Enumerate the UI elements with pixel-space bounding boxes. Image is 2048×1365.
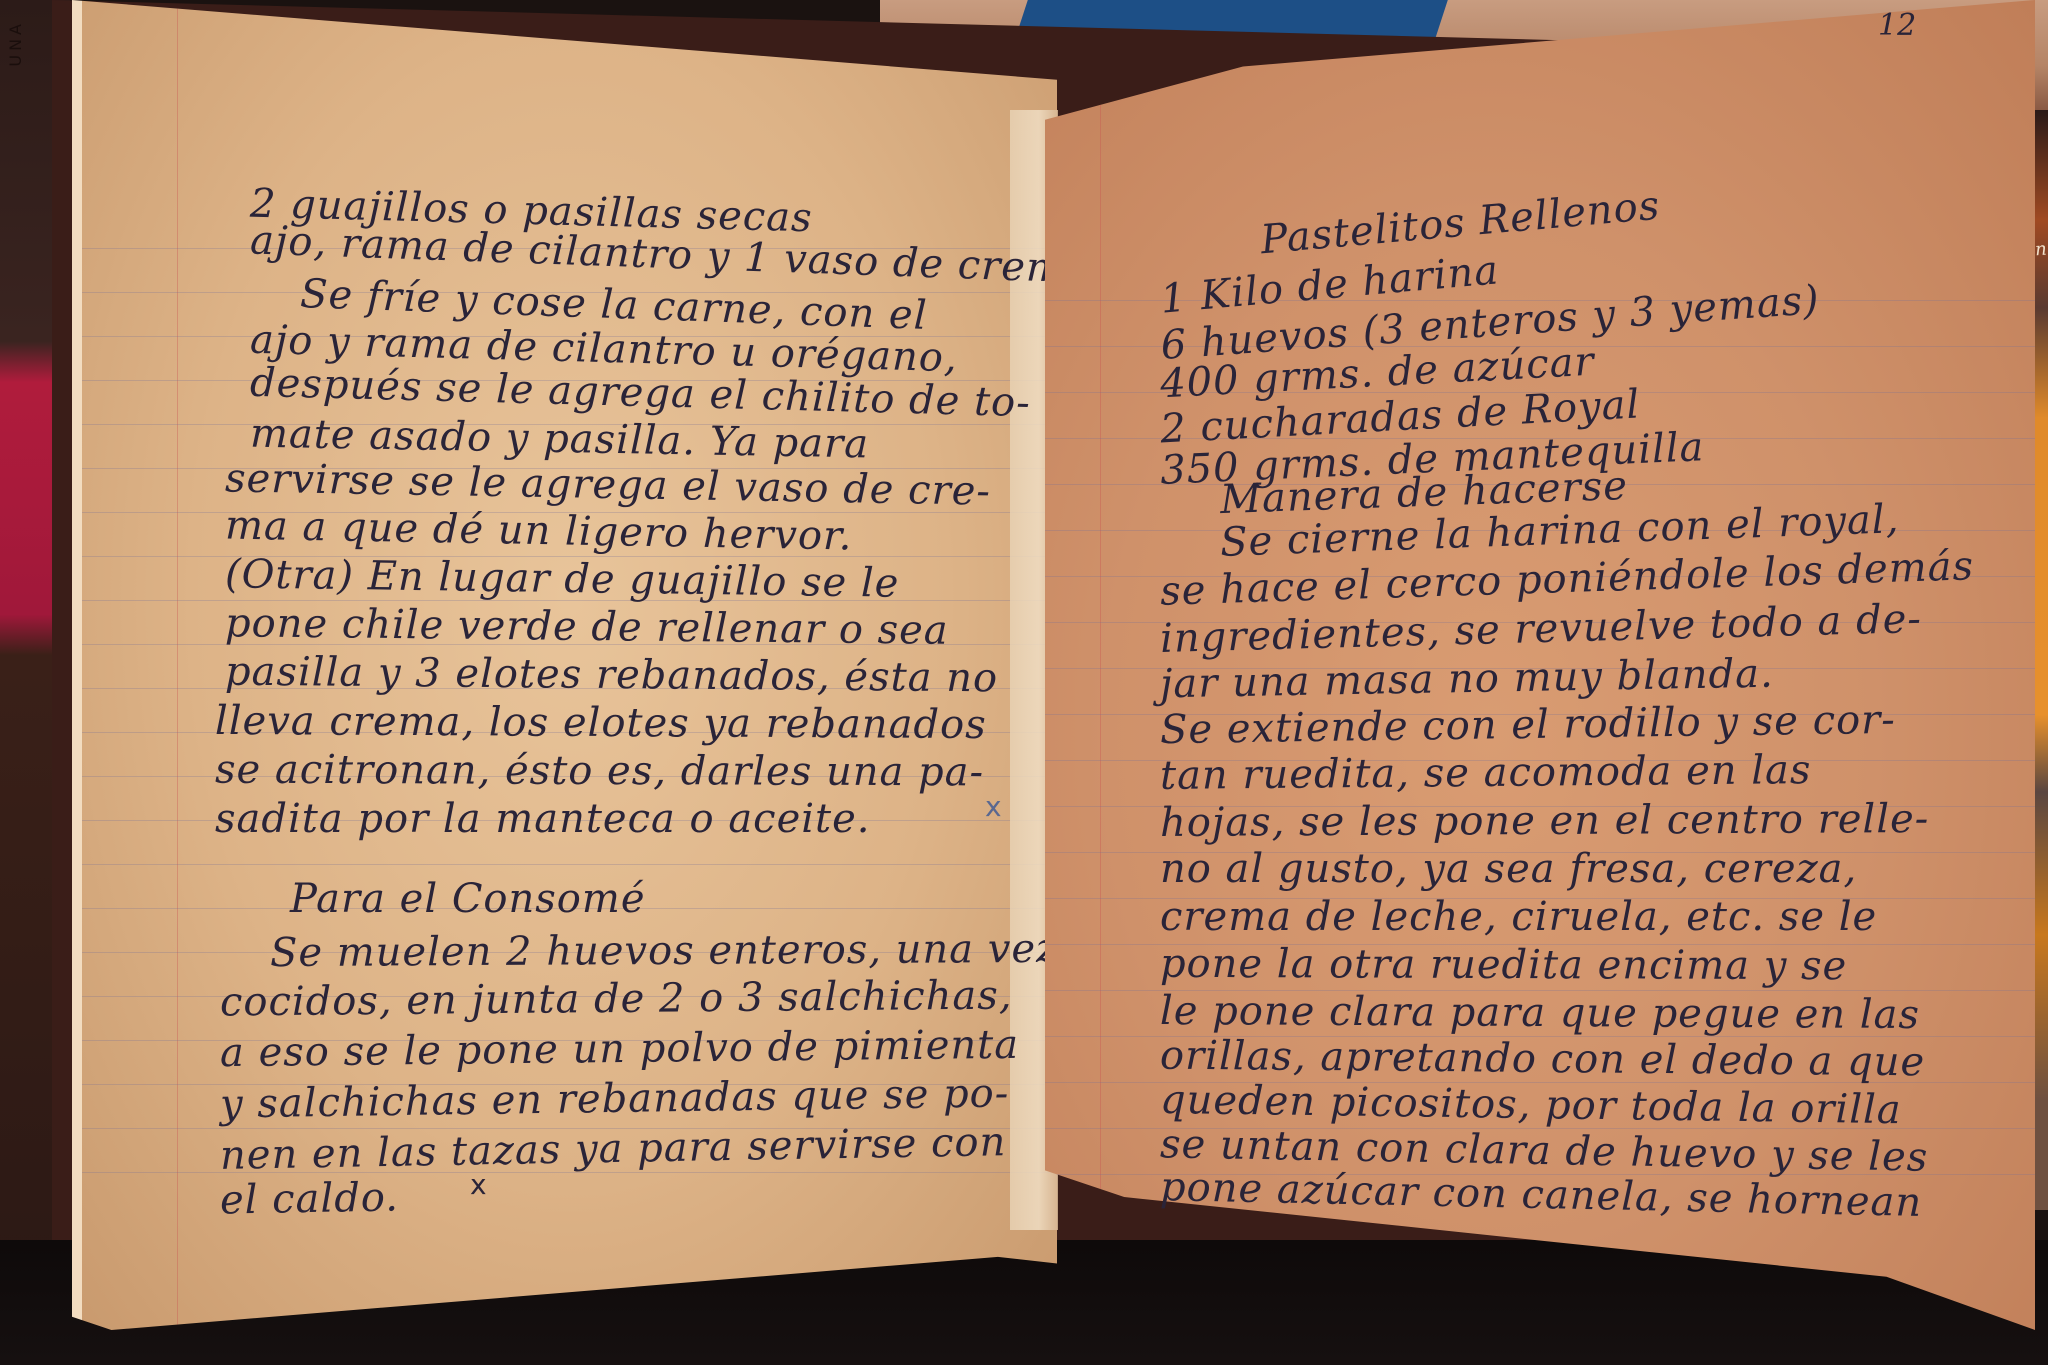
handwritten-line: se acitronan, ésto es, darles una pa- (215, 747, 984, 796)
handwritten-line: pone chile verde de rellenar o sea (225, 600, 949, 654)
method-line: no al gusto, ya sea fresa, cereza, (1160, 846, 1857, 892)
spine-label: UNA (6, 20, 25, 67)
handwritten-line: (Otra) En lugar de guajillo se le (225, 551, 900, 606)
handwritten-line: cocidos, en junta de 2 o 3 salchichas, (220, 973, 1013, 1026)
handwritten-line: lleva crema, los elotes ya rebanados (215, 698, 987, 748)
handwritten-line: el caldo. (220, 1174, 400, 1223)
section-title-consome: Para el Consomé (290, 876, 646, 922)
page-margin-line (177, 0, 178, 1330)
method-line: le pone clara para que pegue en las (1160, 988, 1920, 1038)
handwritten-line: sadita por la manteca o aceite. (215, 796, 871, 842)
method-line: tan ruedita, se acomoda en las (1160, 747, 1812, 799)
ruled-line (82, 864, 1057, 865)
check-mark: x (985, 790, 1002, 823)
check-mark: x (470, 1168, 487, 1201)
page-number: 12 (1878, 8, 1916, 43)
handwritten-line: a eso se le pone un polvo de pimienta (220, 1022, 1020, 1076)
method-line: crema de leche, ciruela, etc. se le (1160, 894, 1877, 940)
handwritten-line: Se muelen 2 huevos enteros, una vez (270, 926, 1058, 976)
page-margin-line (1100, 0, 1101, 1330)
method-line: hojas, se les pone en el centro relle- (1160, 796, 1929, 846)
method-line: pone la otra ruedita encima y se (1160, 941, 1847, 989)
handwritten-line: pasilla y 3 elotes rebanados, ésta no (225, 649, 998, 702)
